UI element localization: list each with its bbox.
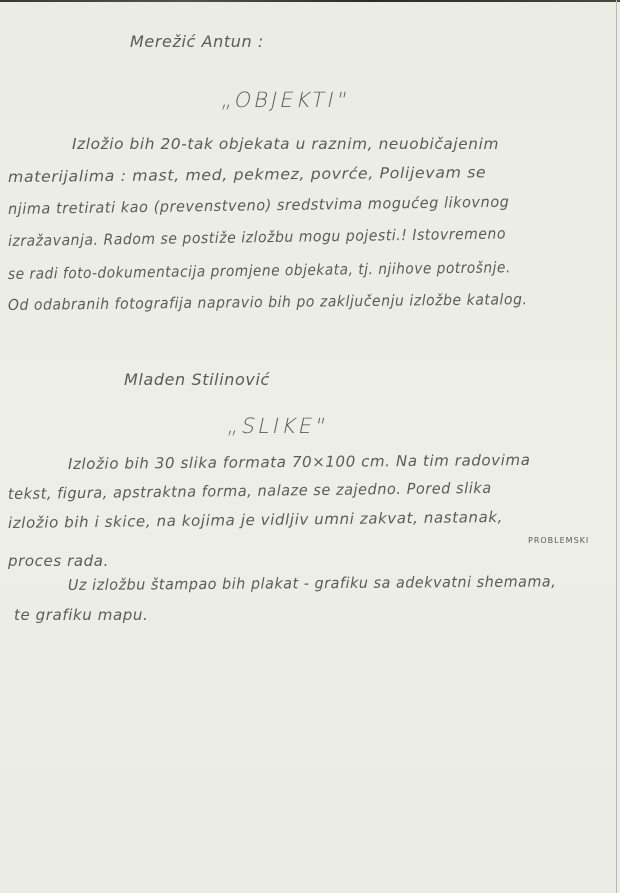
- text-line: Izložio bih 20-tak objekata u raznim, ne…: [72, 135, 499, 153]
- text-line: Izložio bih 30 slika formata 70×100 cm. …: [68, 451, 531, 473]
- text-line: se radi foto-dokumentacija promjene obje…: [8, 258, 511, 283]
- section-title: „OBJEKTI": [219, 88, 351, 112]
- scan-top-edge: [0, 0, 620, 2]
- text-line: izražavanja. Radom se postiže izložbu mo…: [8, 225, 506, 250]
- insertion-note: PROBLEMSKI: [528, 536, 589, 545]
- text-line: Uz izložbu štampao bih plakat - grafiku …: [68, 572, 556, 594]
- text-line: materijalima : mast, med, pekmez, povrće…: [8, 163, 487, 186]
- handwritten-page: Merežić Antun : „OBJEKTI" Izložio bih 20…: [0, 0, 620, 893]
- author-name: Merežić Antun :: [130, 32, 264, 51]
- text-line: proces rada.: [8, 552, 109, 570]
- text-line: Od odabranih fotografija napravio bih po…: [8, 290, 528, 314]
- scan-right-edge: [616, 0, 617, 893]
- section-title: „SLIKE": [225, 414, 330, 438]
- text-line: te grafiku mapu.: [14, 606, 148, 624]
- author-name: Mladen Stilinović: [124, 370, 270, 389]
- text-line: tekst, figura, apstraktna forma, nalaze …: [8, 479, 492, 503]
- text-line: izložio bih i skice, na kojima je vidlji…: [8, 508, 503, 532]
- text-line: njima tretirati kao (prevenstveno) sreds…: [8, 193, 510, 218]
